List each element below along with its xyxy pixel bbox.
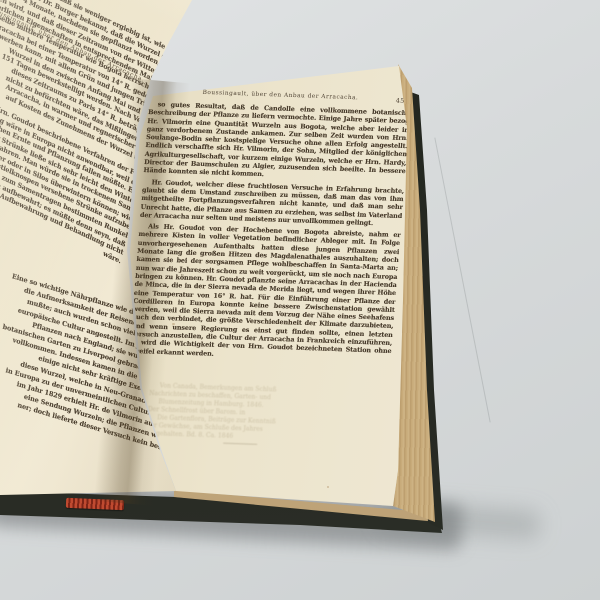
foxing-spot [327,486,329,488]
photo-open-antique-book: Boussingault, über den Anbau der Arracac… [0,0,600,600]
show-through-lines: Von Canada, Bemerkungen am SchlußNachric… [146,382,405,447]
surface-scratch [434,138,490,423]
show-through-text: Von Canada, Bemerkungen am SchlußNachric… [145,382,404,452]
foxing-spot [172,323,175,325]
show-through-divider [223,443,257,445]
foxing-spot [389,253,391,255]
